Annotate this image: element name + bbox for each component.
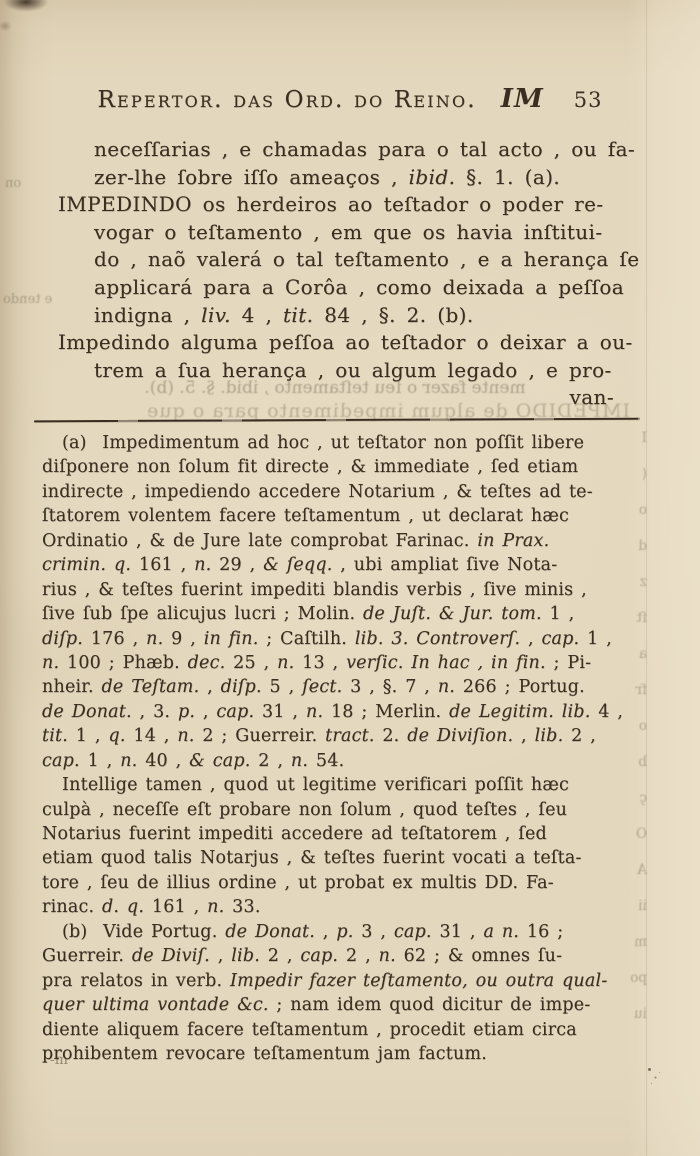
text-segment: n. [277, 653, 294, 673]
text-segment: , [513, 726, 534, 746]
text-line: cap. 1 , n. 40 , & cap. 2 , n. 54. [42, 749, 642, 773]
text-line: diſponere non ſolum fit directe , & imme… [42, 455, 642, 479]
text-segment: lib. [535, 726, 564, 746]
text-line: etiam quod talis Notarjus , & teſtes fue… [42, 846, 642, 870]
text-segment: in Prax. [477, 531, 549, 551]
text-segment: culpà , neceſſe eſt probare non ſolum , … [42, 800, 567, 820]
text-line: van- [58, 384, 642, 412]
page-header: Repertor. das Ord. do Reino. IM 53 [0, 84, 700, 120]
text-segment: 1 , [80, 751, 120, 771]
text-segment: de Legitim. lib. [449, 702, 590, 722]
text-segment: 2 , [563, 726, 596, 746]
text-segment: 5 , [262, 677, 302, 697]
text-segment: diſponere non ſolum fit directe , & imme… [42, 457, 578, 477]
text-segment: van- [570, 385, 614, 409]
text-line: nheir. de Teſtam. , diſp. 5 , ſect. 3 , … [42, 675, 642, 699]
text-segment: neceſſarias , e chamadas para o tal acto… [94, 137, 635, 161]
text-segment: rius , & teſtes fuerint impediti blandis… [42, 580, 587, 600]
text-segment: IMPEDINDO os herdeiros ao teſtador o pod… [58, 192, 604, 216]
text-segment: 62 ; & omnes ſu- [396, 946, 562, 966]
text-segment: 16 ; [519, 922, 563, 942]
text-segment: ſtatorem volentem facere teſtamentum , u… [42, 506, 569, 526]
text-segment: n. [207, 897, 224, 917]
text-segment: de Juſt. & Jur. tom. [363, 604, 542, 624]
text-segment: n. [306, 702, 323, 722]
text-segment: 4 , [231, 303, 283, 327]
text-line: Notarius fuerint impediti accedere ad te… [42, 822, 642, 846]
text-segment: Impedir fazer teſtamento, ou outra qual- [230, 971, 607, 991]
text-line: tit. 1 , q. 14 , n. 2 ; Guerreir. tract.… [42, 724, 642, 748]
text-segment: 84 , §. 2. (b). [313, 303, 473, 327]
text-segment: 1 , [542, 604, 575, 624]
text-segment: cap. [42, 751, 80, 771]
text-segment: cap. [394, 922, 432, 942]
text-segment: n. [194, 555, 211, 575]
text-line: IMPEDINDO os herdeiros ao teſtador o pod… [58, 191, 642, 219]
text-segment: verſic. In hac , in fin. [346, 653, 546, 673]
text-segment: 33. [224, 897, 260, 917]
text-line: tore , ſeu de illius ordine , ut probat … [42, 871, 642, 895]
text-segment: etiam quod talis Notarjus , & teſtes fue… [42, 848, 582, 868]
text-segment: 176 , [83, 629, 146, 649]
text-segment: applicará para a Corôa , como deixada a … [94, 275, 624, 299]
text-segment: Ordinatio , & de Jure late comprobat Far… [42, 531, 477, 551]
text-segment: , [315, 922, 336, 942]
text-segment: vogar o teſtamento , em que os havia inſ… [94, 220, 603, 244]
text-segment: 2 , [260, 946, 300, 966]
text-segment: d. q. [102, 897, 144, 917]
text-segment: nheir. [42, 677, 101, 697]
text-segment: , [199, 677, 220, 697]
text-segment: 25 , [225, 653, 277, 673]
ink-speckles [648, 1068, 651, 1071]
text-segment: 3 , [354, 922, 394, 942]
text-line: Impedindo alguma peſſoa ao teſtador o de… [58, 329, 642, 357]
text-segment: q. [108, 726, 125, 746]
text-line: crimin. q. 161 , n. 29 , & ſeqq. , ubi a… [42, 553, 642, 577]
text-segment: de Donat. [225, 922, 315, 942]
text-segment: 2 , [251, 751, 291, 771]
bleedthrough-text: on [5, 176, 21, 191]
text-segment: Notarius fuerint impediti accedere ad te… [42, 824, 547, 844]
text-segment: cap. [213, 751, 251, 771]
text-segment: & ſeqq. [263, 555, 332, 575]
running-title: Repertor. das Ord. do Reino. [98, 87, 477, 113]
text-segment: diente aliquem facere teſtamentum , proc… [42, 1020, 577, 1040]
text-segment: 9 , [163, 629, 203, 649]
text-segment: indigna , [94, 303, 201, 327]
text-segment: , [520, 629, 541, 649]
text-segment: n. [438, 677, 455, 697]
text-segment: 29 , [211, 555, 263, 575]
section-keyword: IM [501, 84, 544, 114]
main-text-block: neceſſarias , e chamadas para o tal acto… [58, 136, 642, 412]
footnotes-block: (a) Impedimentum ad hoc , ut teſtator no… [42, 431, 642, 1066]
text-segment: n. [146, 629, 163, 649]
text-line: Intellige tamen , quod ut legitime verif… [42, 773, 642, 797]
text-segment: n. [42, 653, 59, 673]
text-segment: tore , ſeu de illius ordine , ut probat … [42, 873, 554, 893]
text-segment: ſect. [302, 677, 342, 697]
text-segment: & [189, 751, 205, 771]
text-segment: tit. [42, 726, 68, 746]
text-line: indirecte , impediendo accedere Notarium… [42, 480, 642, 504]
text-segment: rinac. [42, 897, 102, 917]
text-segment: 4 , [591, 702, 624, 722]
text-line: pra relatos in verb. Impedir fazer teſta… [42, 969, 642, 993]
text-segment: tit. [283, 303, 313, 327]
text-line: Ordinatio , & de Jure late comprobat Far… [42, 529, 642, 553]
text-segment: , [210, 946, 231, 966]
text-segment: Impedindo alguma peſſoa ao teſtador o de… [58, 330, 633, 354]
text-line: do , naõ valerá o tal teſtamento , e a h… [58, 246, 642, 274]
text-line: prohibentem revocare teſtamentum jam fac… [42, 1042, 642, 1066]
text-segment: , 3. [132, 702, 178, 722]
text-segment: ; Pi- [546, 653, 592, 673]
text-segment: zer-lhe ſobre iſſo ameaços , [94, 165, 409, 189]
text-segment: 31 , [432, 922, 484, 942]
text-segment: Intellige tamen , quod ut legitime verif… [62, 775, 569, 795]
text-line: vogar o teſtamento , em que os havia inſ… [58, 219, 642, 247]
text-segment: trem a ſua herança , ou algum legado , e… [94, 358, 612, 382]
text-segment: 31 , [254, 702, 306, 722]
text-segment: tract. [325, 726, 374, 746]
text-segment: n. [177, 726, 194, 746]
text-segment: 2. [375, 726, 408, 746]
text-line: trem a ſua herança , ou algum legado , e… [58, 357, 642, 385]
text-segment: ; nam idem quod dicitur de impe- [269, 995, 591, 1015]
text-segment: de Teſtam. [101, 677, 199, 697]
text-segment: ; Caſtilh. [258, 629, 354, 649]
text-line: (a) Impedimentum ad hoc , ut teſtator no… [42, 431, 642, 455]
text-segment: indirecte , impediendo accedere Notarium… [42, 482, 593, 502]
text-segment: diſp. [221, 677, 262, 697]
text-segment: ibid. [409, 165, 456, 189]
text-segment: 2 ; Guerreir. [195, 726, 326, 746]
text-segment: 2 , [338, 946, 378, 966]
text-segment: quer ultima vontade &c. [42, 995, 269, 1015]
text-line: ſtatorem volentem facere teſtamentum , u… [42, 504, 642, 528]
text-segment: lib. 3. Controverſ. [355, 629, 520, 649]
text-line: rius , & teſtes fuerint impediti blandis… [42, 578, 642, 602]
text-line: culpà , neceſſe eſt probare non ſolum , … [42, 798, 642, 822]
text-segment: do , naõ valerá o tal teſtamento , e a h… [94, 247, 639, 271]
text-segment: n. [291, 751, 308, 771]
text-line: diente aliquem facere teſtamentum , proc… [42, 1018, 642, 1042]
text-segment: cap. [300, 946, 338, 966]
text-line: diſp. 176 , n. 9 , in fin. ; Caſtilh. li… [42, 627, 642, 651]
text-segment: ſive ſub ſpe alicujus lucri ; Molin. [42, 604, 363, 624]
text-segment: diſp. [42, 629, 83, 649]
text-segment: 13 , [294, 653, 346, 673]
text-segment [205, 751, 213, 771]
bleedthrough-text: e tendo [3, 292, 52, 307]
text-segment: p. [178, 702, 195, 722]
text-segment: 14 , [126, 726, 178, 746]
text-segment: de Diviſ. [132, 946, 210, 966]
text-segment: de Donat. [42, 702, 132, 722]
text-segment: in fin. [204, 629, 259, 649]
text-line: ſive ſub ſpe alicujus lucri ; Molin. de … [42, 602, 642, 626]
text-segment: cap. [542, 629, 580, 649]
text-segment: n. [120, 751, 137, 771]
text-segment: (b) Vide Portug. [62, 922, 225, 942]
text-line: (b) Vide Portug. de Donat. , p. 3 , cap.… [42, 920, 642, 944]
text-segment: dec. [188, 653, 226, 673]
text-segment: pra relatos in verb. [42, 971, 230, 991]
text-segment: de Diviſion. [407, 726, 513, 746]
text-line: neceſſarias , e chamadas para o tal acto… [58, 136, 642, 164]
text-segment: p. [336, 922, 353, 942]
text-segment: 3 , §. 7 , [342, 677, 437, 697]
page-number: 53 [574, 88, 603, 112]
text-line: de Donat. , 3. p. , cap. 31 , n. 18 ; Me… [42, 700, 642, 724]
text-segment: a n. [483, 922, 519, 942]
text-line: quer ultima vontade &c. ; nam idem quod … [42, 993, 642, 1017]
text-line: rinac. d. q. 161 , n. 33. [42, 895, 642, 919]
text-line: n. 100 ; Phæb. dec. 25 , n. 13 , verſic.… [42, 651, 642, 675]
text-segment: , [195, 702, 216, 722]
text-segment: prohibentem revocare teſtamentum jam fac… [42, 1044, 487, 1064]
text-segment: n. [379, 946, 396, 966]
scanned-book-page: Repertor. das Ord. do Reino. IM 53 mente… [0, 0, 700, 1156]
text-segment: 161 , [131, 555, 194, 575]
text-segment: lib. [231, 946, 260, 966]
text-segment: , ubi ampliat ſive Nota- [333, 555, 558, 575]
text-line: Guerreir. de Diviſ. , lib. 2 , cap. 2 , … [42, 944, 642, 968]
text-segment: 266 ; Portug. [455, 677, 585, 697]
text-segment: 1 , [68, 726, 108, 746]
text-segment: 1 , [579, 629, 612, 649]
text-line: indigna , liv. 4 , tit. 84 , §. 2. (b). [58, 302, 642, 330]
text-segment: 100 ; Phæb. [59, 653, 187, 673]
text-line: applicará para a Corôa , como deixada a … [58, 274, 642, 302]
text-segment: liv. [201, 303, 231, 327]
text-segment: Guerreir. [42, 946, 132, 966]
text-line: zer-lhe ſobre iſſo ameaços , ibid. §. 1.… [58, 164, 642, 192]
text-segment: 161 , [144, 897, 207, 917]
text-segment: 40 , [137, 751, 189, 771]
text-segment: 18 ; Merlin. [323, 702, 449, 722]
text-segment: (a) Impedimentum ad hoc , ut teſtator no… [62, 433, 584, 453]
text-segment: 54. [308, 751, 344, 771]
text-segment: crimin. q. [42, 555, 131, 575]
text-segment: cap. [216, 702, 254, 722]
text-segment: §. 1. (a). [455, 165, 560, 189]
